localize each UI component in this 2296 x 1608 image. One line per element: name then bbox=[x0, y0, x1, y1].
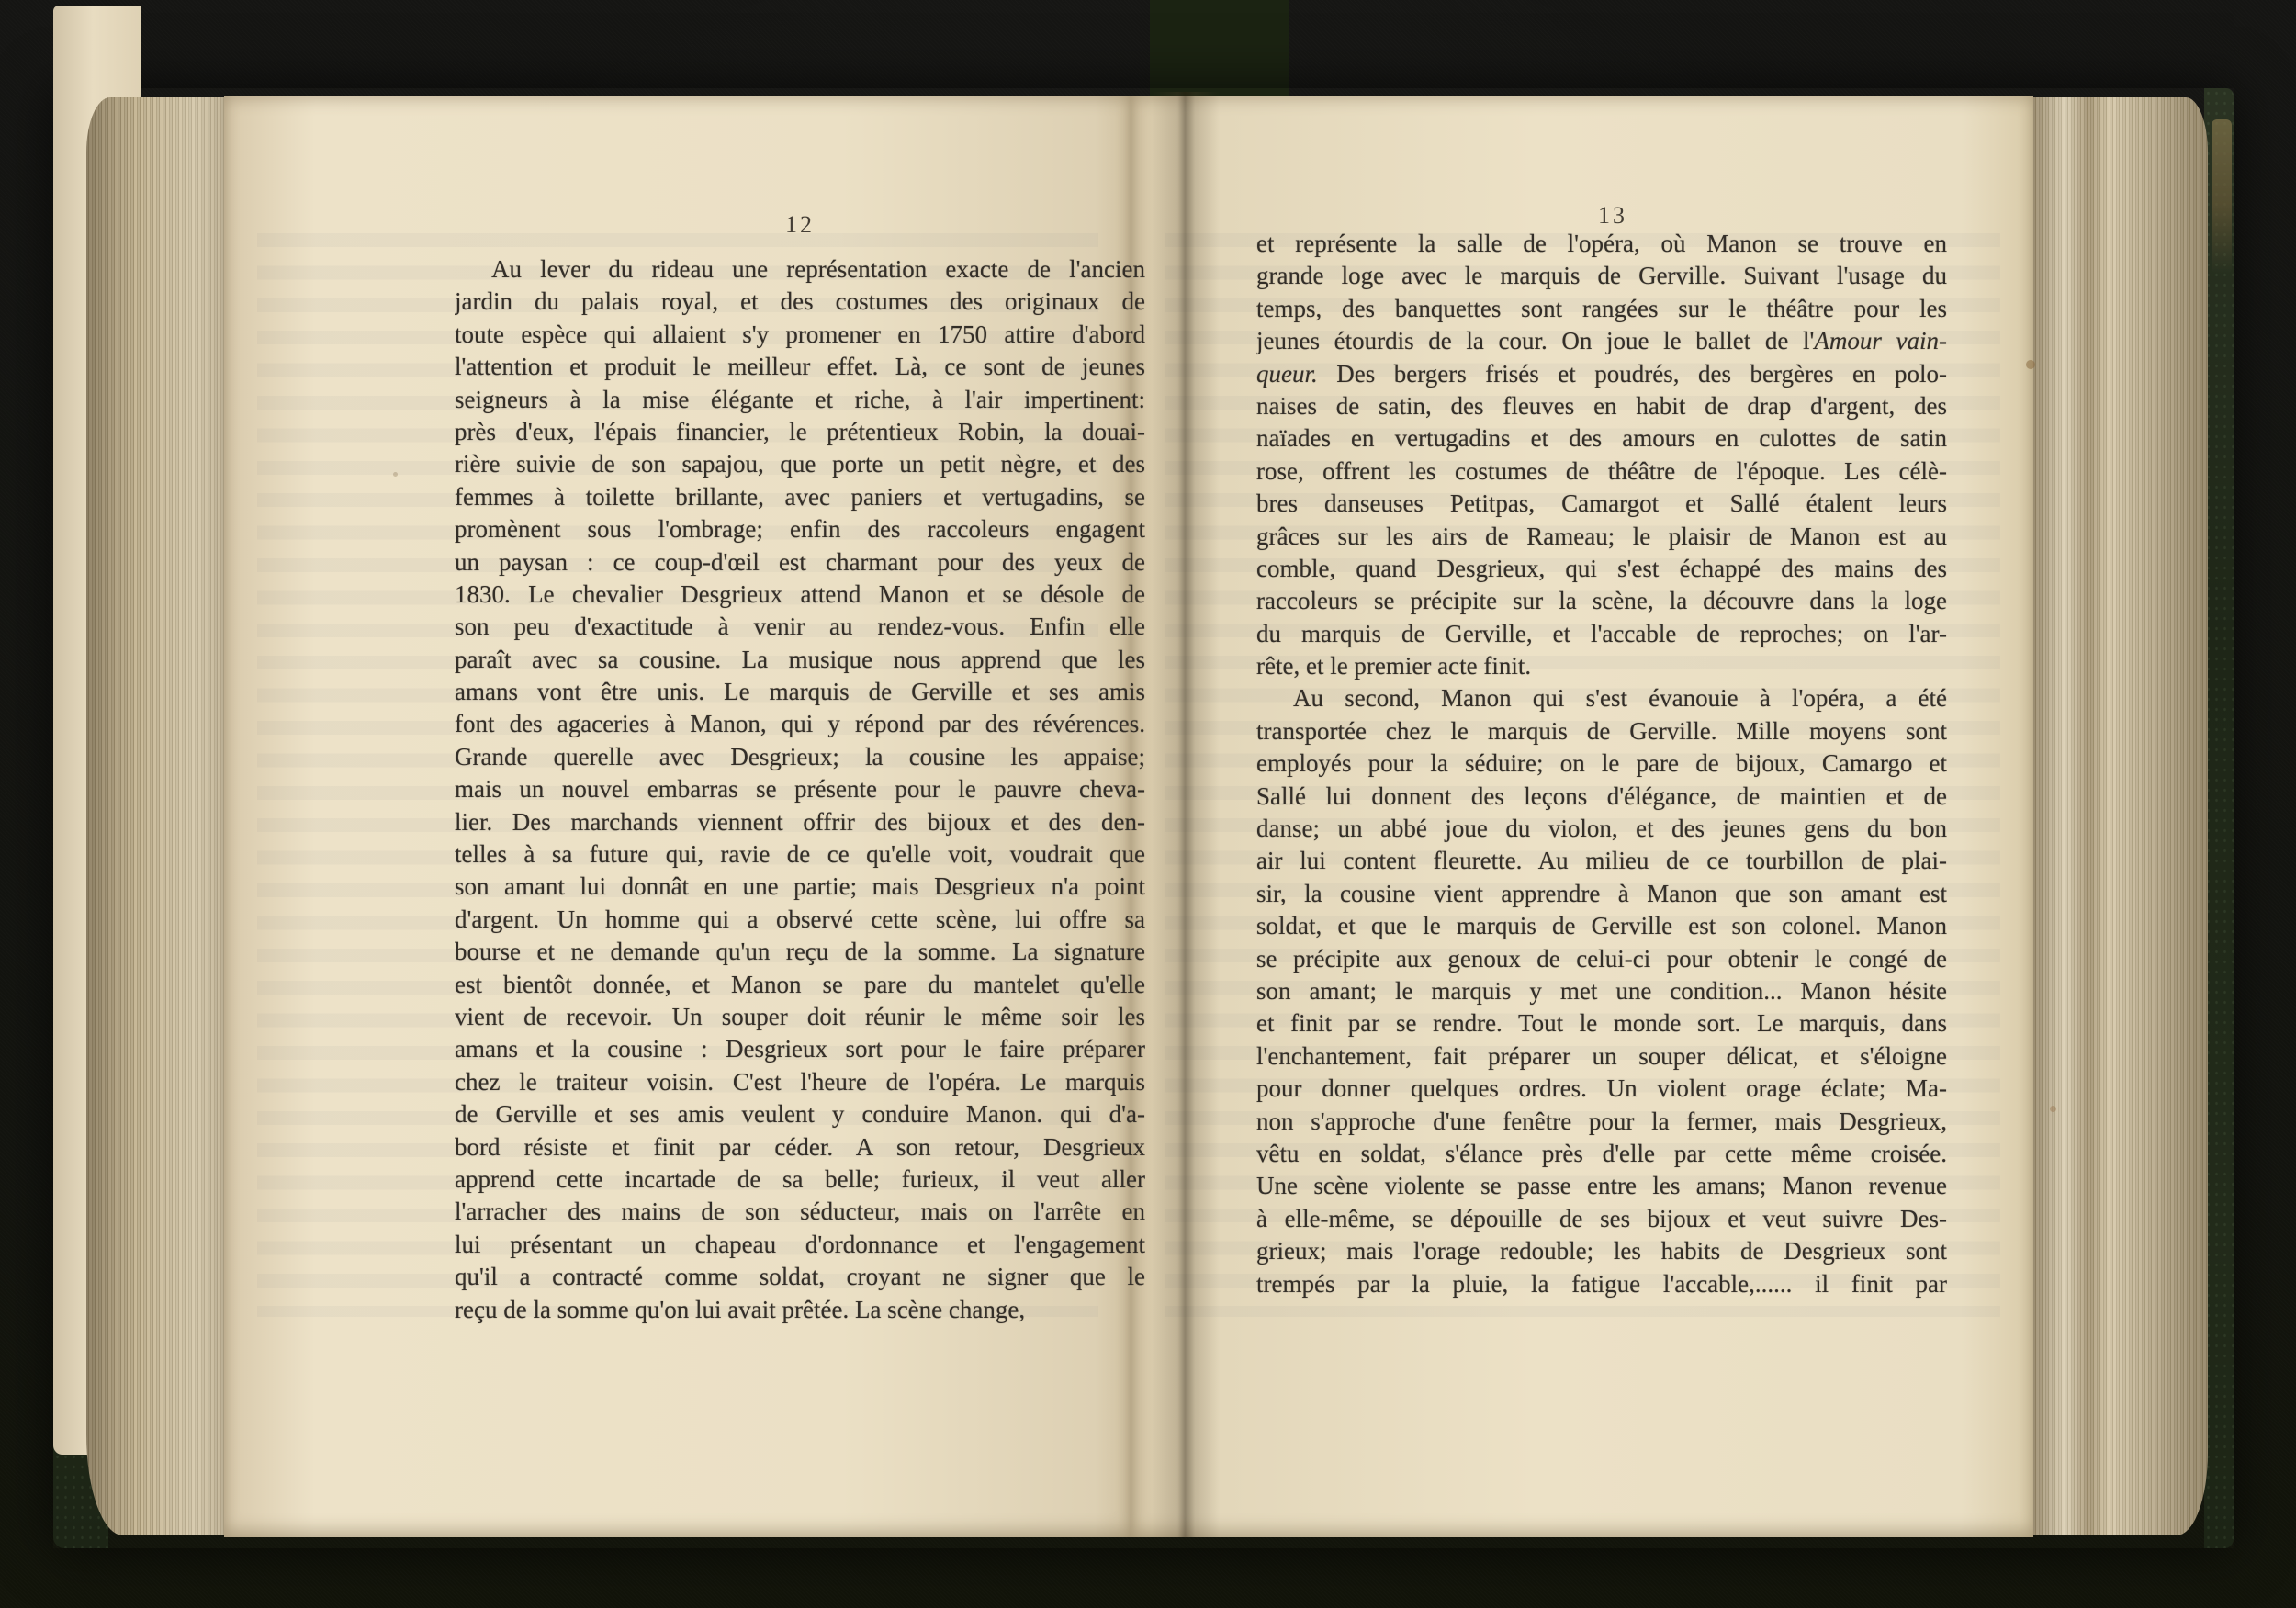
text-line: seigneurs à la mise élégante et riche, à… bbox=[455, 384, 1145, 416]
foxing-spot bbox=[2026, 360, 2035, 369]
text-line: l'arracher des mains de son séducteur, m… bbox=[455, 1196, 1145, 1228]
text-line: non s'approche d'une fenêtre pour la fer… bbox=[1256, 1106, 1947, 1138]
text-line: Au lever du rideau une représentation ex… bbox=[455, 253, 1145, 286]
text-line: vêtu en soldat, s'élance près d'elle par… bbox=[1256, 1138, 1947, 1170]
text-line: l'attention et produit le meilleur effet… bbox=[455, 351, 1145, 383]
text-line: apprend cette incartade de sa belle; fur… bbox=[455, 1164, 1145, 1196]
text-line: telles à sa future qui, ravie de ce qu'e… bbox=[455, 838, 1145, 871]
text-line: et représente la salle de l'opéra, où Ma… bbox=[1256, 228, 1947, 260]
text-line: grieux; mais l'orage redouble; les habit… bbox=[1256, 1235, 1947, 1267]
text-line: employés pour la séduire; on le pare de … bbox=[1256, 748, 1947, 780]
text-line: Sallé lui donnent des leçons d'élégance,… bbox=[1256, 781, 1947, 813]
text-line: paraît avec sa cousine. La musique nous … bbox=[455, 644, 1145, 676]
text-line: Une scène violente se passe entre les am… bbox=[1256, 1170, 1947, 1202]
text-line: d'argent. Un homme qui a observé cette s… bbox=[455, 904, 1145, 936]
text-line: raccoleurs se précipite sur la scène, la… bbox=[1256, 585, 1947, 617]
foxing-spot bbox=[393, 472, 398, 477]
text-line: danse; un abbé joue du violon, et des je… bbox=[1256, 813, 1947, 845]
text-line: reçu de la somme qu'on lui avait prêtée.… bbox=[455, 1294, 1145, 1326]
text-line: temps, des banquettes sont rangées sur l… bbox=[1256, 293, 1947, 325]
text-line: grâces sur les airs de Rameau; le plaisi… bbox=[1256, 521, 1947, 553]
text-line: comble, quand Desgrieux, qui s'est échap… bbox=[1256, 553, 1947, 585]
text-line: bres danseuses Petitpas, Camargot et Sal… bbox=[1256, 488, 1947, 520]
text-line: bord résiste et finit par céder. A son r… bbox=[455, 1131, 1145, 1164]
text-line: et finit par se rendre. Tout le monde so… bbox=[1256, 1007, 1947, 1040]
text-line: air lui content fleurette. Au milieu de … bbox=[1256, 845, 1947, 877]
book-gutter-shadow bbox=[1152, 92, 1220, 1537]
text-line: mais un nouvel embarras se présente pour… bbox=[455, 773, 1145, 805]
text-line: se précipite aux genoux de celui-ci pour… bbox=[1256, 943, 1947, 975]
page-number-left: 12 bbox=[455, 211, 1145, 239]
text-line: sir, la cousine vient apprendre à Manon … bbox=[1256, 878, 1947, 910]
text-line: vient de recevoir. Un souper doit réunir… bbox=[455, 1001, 1145, 1033]
text-line: près d'eux, l'épais financier, le préten… bbox=[455, 416, 1145, 448]
page-edges-right bbox=[2033, 97, 2208, 1535]
text-line: rose, offrent les costumes de théâtre de… bbox=[1256, 455, 1947, 488]
text-line: son amant lui donnât en une partie; mais… bbox=[455, 871, 1145, 903]
text-line: toute espèce qui allaient s'y promener e… bbox=[455, 319, 1145, 351]
text-line: qu'il a contracté comme soldat, croyant … bbox=[455, 1261, 1145, 1293]
text-line: l'enchantement, fait préparer un souper … bbox=[1256, 1040, 1947, 1073]
text-line: chez le traiteur voisin. C'est l'heure d… bbox=[455, 1066, 1145, 1098]
text-line: 1830. Le chevalier Desgrieux attend Mano… bbox=[455, 579, 1145, 611]
foxing-spot bbox=[2050, 1106, 2056, 1112]
right-page-text: et représente la salle de l'opéra, où Ma… bbox=[1256, 228, 1947, 1300]
text-line: à elle-même, se dépouille de ses bijoux … bbox=[1256, 1203, 1947, 1235]
text-line: rière suivie de son sapajou, que porte u… bbox=[455, 448, 1145, 480]
page-number-right: 13 bbox=[1267, 202, 1958, 230]
text-line: est bientôt donnée, et Manon se pare du … bbox=[455, 969, 1145, 1001]
text-line: font des agaceries à Manon, qui y répond… bbox=[455, 708, 1145, 740]
text-line: du marquis de Gerville, et l'accable de … bbox=[1256, 618, 1947, 650]
text-line: naïades en vertugadins et des amours en … bbox=[1256, 422, 1947, 455]
text-line: Au second, Manon qui s'est évanouie à l'… bbox=[1256, 682, 1947, 714]
text-line: trempés par la pluie, la fatigue l'accab… bbox=[1256, 1268, 1947, 1300]
text-line: naises de satin, des fleuves en habit de… bbox=[1256, 390, 1947, 422]
book-cover-right bbox=[2204, 88, 2234, 1548]
text-line: son peu d'exactitude à venir au rendez-v… bbox=[455, 611, 1145, 643]
text-line: queur. Des bergers frisés et poudrés, de… bbox=[1256, 358, 1947, 390]
text-line: bourse et ne demande qu'un reçu de la so… bbox=[455, 936, 1145, 968]
worn-corner bbox=[2212, 119, 2232, 274]
text-line: rête, et le premier acte finit. bbox=[1256, 650, 1947, 682]
text-line: soldat, et que le marquis de Gerville es… bbox=[1256, 910, 1947, 942]
text-line: amans vont être unis. Le marquis de Gerv… bbox=[455, 676, 1145, 708]
text-line: jeunes étourdis de la cour. On joue le b… bbox=[1256, 325, 1947, 357]
text-line: grande loge avec le marquis de Gerville.… bbox=[1256, 260, 1947, 292]
text-line: son amant; le marquis y met une conditio… bbox=[1256, 975, 1947, 1007]
text-line: de Gerville et ses amis veulent y condui… bbox=[455, 1098, 1145, 1130]
left-page-text: Au lever du rideau une représentation ex… bbox=[455, 253, 1145, 1326]
text-line: jardin du palais royal, et des costumes … bbox=[455, 286, 1145, 318]
text-line: Grande querelle avec Desgrieux; la cousi… bbox=[455, 741, 1145, 773]
text-line: promènent sous l'ombrage; enfin des racc… bbox=[455, 513, 1145, 545]
text-line: lier. Des marchands viennent offrir des … bbox=[455, 806, 1145, 838]
text-line: transportée chez le marquis de Gerville.… bbox=[1256, 715, 1947, 748]
text-line: pour donner quelques ordres. Un violent … bbox=[1256, 1073, 1947, 1105]
book-scan-photo: { "colors": { "background": "#131311", "… bbox=[0, 0, 2296, 1608]
text-line: amans et la cousine : Desgrieux sort pou… bbox=[455, 1033, 1145, 1065]
text-line: femmes à toilette brillante, avec panier… bbox=[455, 481, 1145, 513]
text-line: un paysan : ce coup-d'œil est charmant p… bbox=[455, 546, 1145, 579]
text-line: lui présentant un chapeau d'ordonnance e… bbox=[455, 1229, 1145, 1261]
